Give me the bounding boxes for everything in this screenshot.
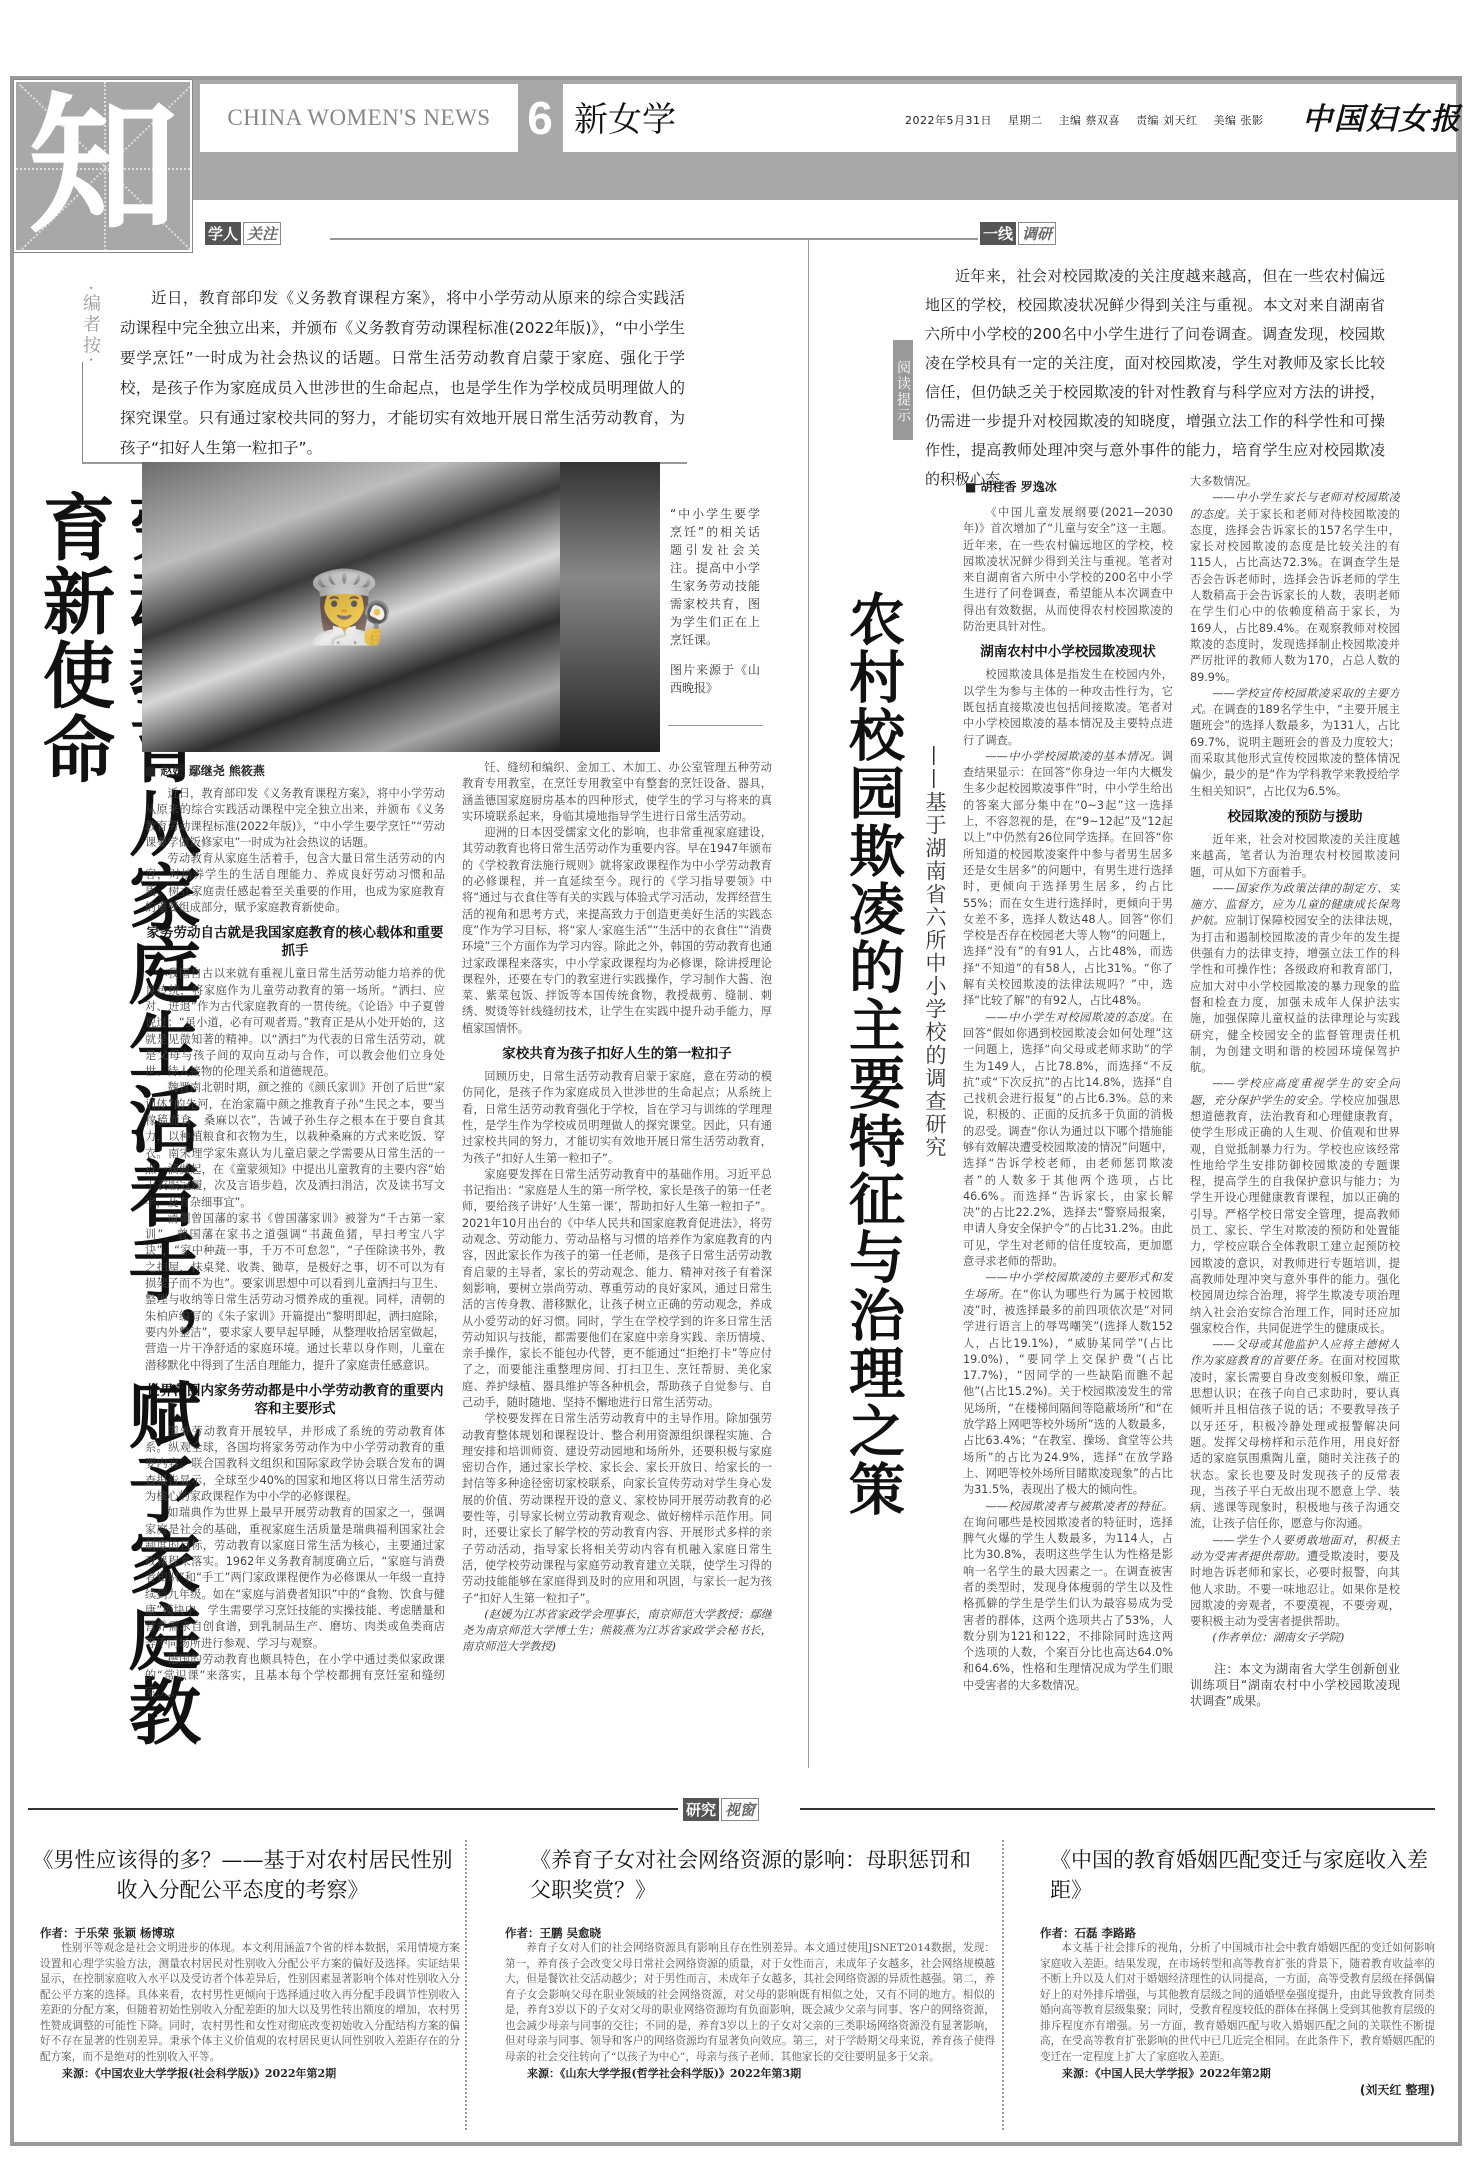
author-note: (赵媛为江苏省家政学会理事长，南京师范大学教授；鄢继尧为南京师范大学博士生；熊筱… [462,1607,772,1656]
right-headline: 农村校园欺凌的主要特征与治理之策 [840,590,906,1590]
issue-weekday: 星期二 [1008,114,1043,127]
left-article-byline: 赵媛 鄢继尧 熊筱燕 [145,762,265,779]
research-title: 《养育子女对社会网络资源的影响：母职惩罚和父职奖赏？》 [530,1845,990,1905]
caption-rule [668,725,763,726]
photo-source: 图片来源于《山西晚报》 [670,661,760,697]
compiler-credit: (刘天红 整理) [1040,2081,1435,2098]
left-article-col2: 饪、缝纫和编织、金加工、木加工、办公室管理五种劳动教育专用教室，在烹饪专用教室中… [462,760,772,1750]
art-editor: 美编 张影 [1214,114,1264,127]
subhead: 校园欺凌的预防与援助 [1190,808,1400,826]
subhead: 湖南农村中小学校园欺凌现状 [963,643,1173,661]
column-tag-research-window: 研究 视窗 [683,1798,759,1821]
right-article-col2: 大多数情况。 ——中小学生家长与老师对校园欺凌的态度。关于家长和老师对待校园欺凌… [1190,474,1400,1744]
project-note: 注：本文为湖南省大学生创新创业训练项目“湖南农村中小学校园欺凌现状调查”成果。 [1190,1661,1400,1710]
editor: 责编 刘天红 [1136,114,1198,127]
column-tag-scholar-focus: 学人 关注 [205,222,281,245]
right-article-col1: 《中国儿童发展纲要(2021—2030年)》首次增加了“儿童与安全”这一主题。近… [963,505,1173,1745]
cooking-class-photo-edge [560,462,660,752]
cooking-class-photo: 👩‍🍳 [142,462,560,752]
left-article-col1: 近日，教育部印发《义务教育课程方案》，将中小学劳动从原来的综合实践活动课程中完全… [145,786,445,1746]
dotted-divider [1002,1840,1004,2130]
editor-note-border [82,362,83,462]
column-divider [808,238,809,1768]
research-item-body: 作者：石磊 李路路 本文基于社会排斥的视角，分析了中国城市社会中教育婚姻匹配的变… [1040,1925,1435,2098]
page-number: 6 [520,84,560,152]
divider [330,238,808,240]
english-title-box: CHINA WOMEN'S NEWS [200,84,518,152]
editor-note: 近日，教育部印发《义务教育课程方案》，将中小学劳动从原来的综合实践活动课程中完全… [120,283,685,463]
divider [808,238,978,240]
research-item: 《养育子女对社会网络资源的影响：母职惩罚和父职奖赏？》 [530,1845,990,1905]
author-affiliation: (作者单位：湖南女子学院) [1190,1630,1400,1646]
section-title: 新女学 [574,92,676,141]
chief-editor: 主编 蔡双喜 [1059,114,1121,127]
reading-tip: 近年来，社会对校园欺凌的关注度越来越高，但在一些农村偏远地区的学校，校园欺凌状况… [925,262,1385,494]
newspaper-logo: 中国妇女报 [1302,94,1462,138]
research-title: 《中国的教育婚姻匹配变迁与家庭收入差距》 [1050,1845,1430,1905]
divider [800,1808,1435,1810]
research-item: 《男性应该得的多？——基于对农村居民性别收入分配公平态度的考察》 [30,1845,455,1905]
issue-date: 2022年5月31日 [905,114,992,127]
research-item-body: 作者：王鹏 吴愈晓 养育子女对人们的社会网络资源具有影响且存在性别差异。本文通过… [505,1925,995,2081]
right-subheadline: ——基于湖南省六所中小学校的调查研究 [920,745,950,1345]
photo-caption-text: “中小学生要学烹饪”的相关话题引发社会关注。提高中小学生家务劳动技能需家校共育，… [670,507,760,647]
issue-meta: 2022年5月31日 星期二 主编 蔡双喜 责编 刘天红 美编 张影 [905,112,1276,128]
research-title: 《男性应该得的多？——基于对农村居民性别收入分配公平态度的考察》 [30,1845,455,1905]
divider [28,1808,678,1810]
corner-character: 知 [28,91,178,241]
column-tag-frontline-research: 一线 调研 [980,222,1056,245]
right-article-byline: 胡桂香 罗逸冰 [965,478,1057,495]
reading-tip-label: 阅读提示 [893,340,913,440]
corner-character-box: 知 [14,80,192,252]
subhead: 世界范围内家务劳动都是中小学劳动教育的重要内容和主要形式 [145,1382,445,1418]
subhead: 家务劳动自古就是我国家庭教育的核心载体和重要抓手 [145,924,445,960]
photo-placeholder-icon: 👩‍🍳 [142,462,560,752]
editor-note-label: ·编者按· [80,285,100,365]
subhead: 家校共育为孩子扣好人生的第一粒扣子 [462,1045,772,1063]
research-item: 《中国的教育婚姻匹配变迁与家庭收入差距》 [1050,1845,1430,1905]
dotted-divider [465,1840,467,2130]
english-title: CHINA WOMEN'S NEWS [227,105,490,131]
photo-caption: “中小学生要学烹饪”的相关话题引发社会关注。提高中小学生家务劳动技能需家校共育，… [670,505,760,697]
research-item-body: 作者：于乐荣 张颖 杨博琼 性别平等观念是社会文明进步的体现。本文利用涵盖7个省… [40,1925,460,2081]
